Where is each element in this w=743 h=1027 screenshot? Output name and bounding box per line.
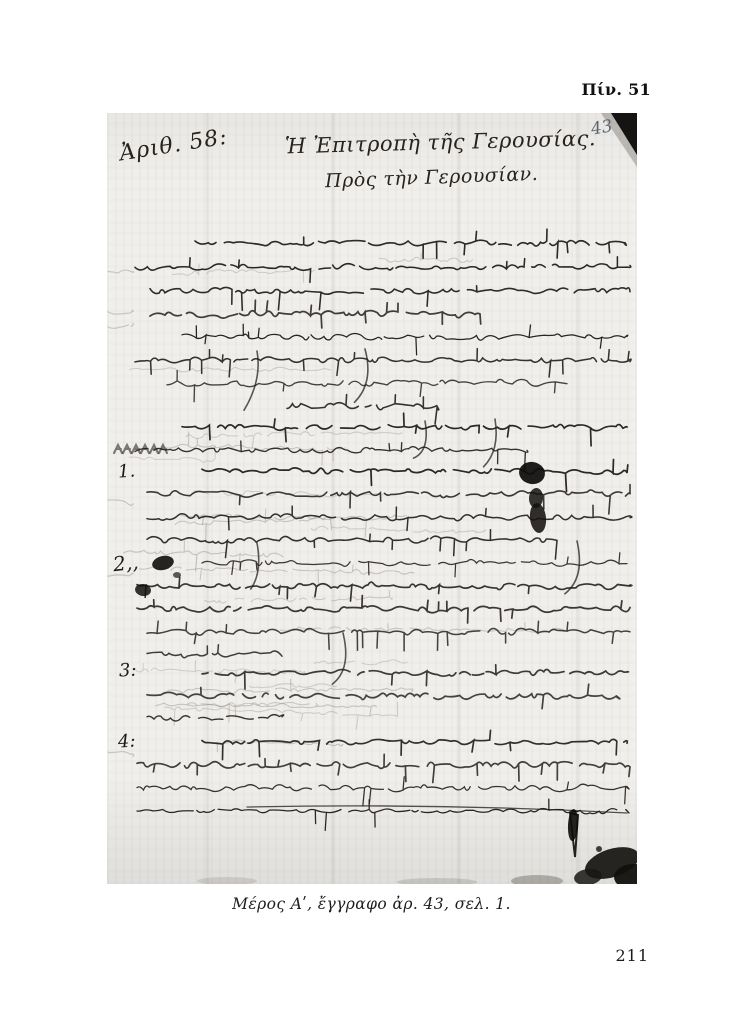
handwriting-strokes	[107, 113, 637, 884]
manuscript-photo: Ἀριθ. 58: 43 Ἡ Ἐπιτροπὴ τῆς Γερουσίας. Π…	[107, 113, 637, 884]
book-page: Πίν. 51 Ἀριθ. 58: 43 Ἡ Ἐπιτροπὴ τῆς Γερο…	[0, 0, 743, 1027]
list-marker-1: 1.	[117, 460, 136, 482]
page-number: 211	[615, 946, 649, 965]
list-marker-3: 3:	[118, 660, 137, 682]
list-marker-4: 4:	[117, 730, 136, 752]
plate-caption: Μέρος Αʹ, ἔγγραφο ἀρ. 43, σελ. 1.	[0, 895, 743, 913]
corner-damage-triangle	[611, 113, 637, 155]
list-marker-2: 2,,	[112, 550, 140, 577]
plate-label: Πίν. 51	[582, 80, 651, 99]
